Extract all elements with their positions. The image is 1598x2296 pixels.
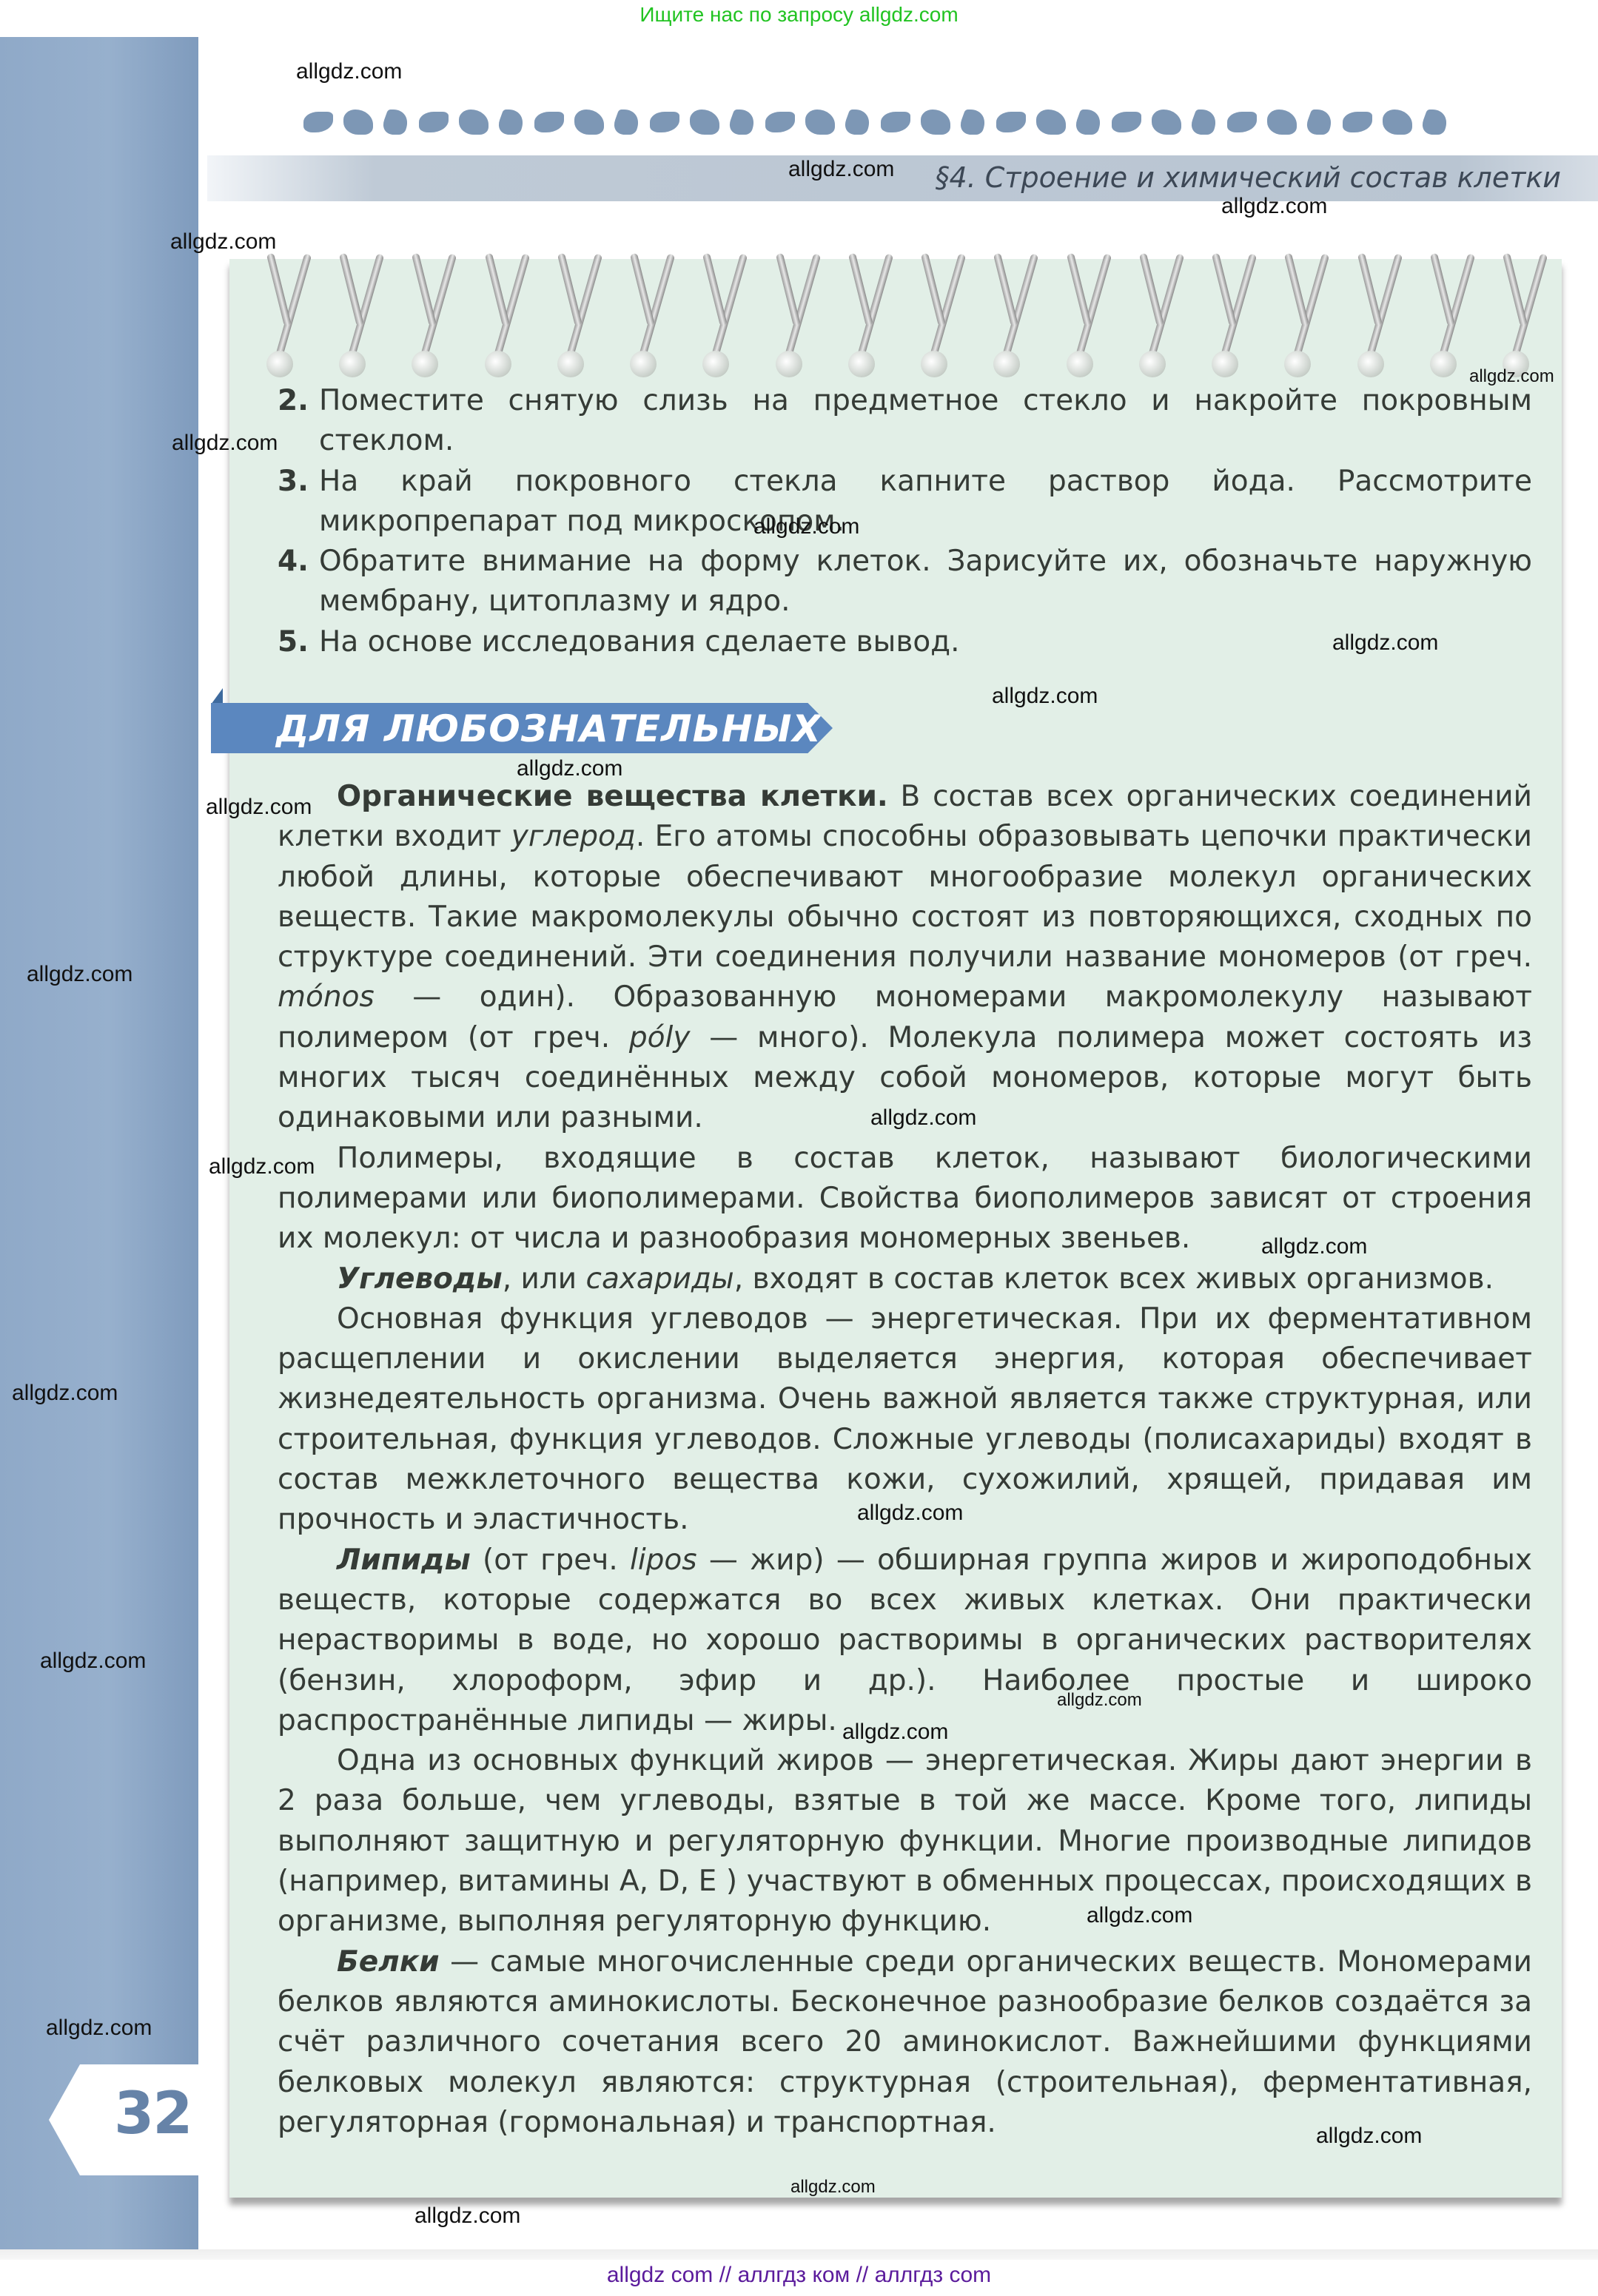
paragraph-proteins: Белки — самые многочисленные среди орган… [278,1942,1532,2143]
spiral-ring [477,244,529,377]
animal-icon [459,110,489,135]
watermark: allgdz.com [788,157,894,182]
watermark: allgdz.com [753,514,859,539]
term: Липиды [337,1543,471,1577]
step-text: Поместите снятую слизь на предметное сте… [319,381,1532,462]
animal-icon [725,110,759,135]
watermark: allgdz.com [1332,630,1438,656]
step-text: Обратите внимание на форму клеток. Зарис… [319,542,1532,622]
animal-icon [1303,110,1337,135]
animal-icon [1036,110,1066,135]
watermark: allgdz.com [27,962,132,987]
footer-links: allgdz com // аллгдз ком // аллгдз com [0,2263,1598,2288]
term: углерод [511,820,636,853]
spiral-ring [1204,244,1256,377]
animal-icon [343,110,373,135]
paragraph-organic: Органические вещества клетки. В состав в… [278,777,1532,1139]
watermark: allgdz.com [870,1105,976,1131]
step-item: 3.На край покровного стекла капните раст… [278,462,1532,542]
greek-term: mónos [278,980,375,1014]
watermark: allgdz.com [1057,1690,1142,1711]
step-number: 5. [278,622,319,662]
animal-icon [379,110,413,135]
animal-icon [1418,110,1452,135]
paragraph-fat-functions: Одна из основных функций жиров — энергет… [278,1741,1532,1942]
step-item: 4.Обратите внимание на форму клеток. Зар… [278,542,1532,622]
spiral-ring [1132,244,1184,377]
watermark: allgdz.com [414,2204,520,2229]
page-bottom-edge [0,2249,1598,2260]
animal-icon [534,112,564,132]
animal-icon [921,110,950,135]
watermark: allgdz.com [12,1381,118,1406]
watermark: allgdz.com [857,1501,963,1526]
top-promo-note: Ищите нас по запросу allgdz.com [0,3,1598,27]
animal-icon [996,112,1026,132]
spiral-ring [695,244,747,377]
chapter-title: §4. Строение и химический состав клетки [935,161,1561,194]
step-number: 4. [278,542,319,622]
animal-icon [956,110,990,135]
paragraph-carbohydrates: Углеводы, или сахариды, входят в состав … [278,1259,1532,1299]
greek-term: lipos [630,1543,697,1577]
animal-icon [1152,110,1181,135]
term: сахариды [586,1262,734,1296]
watermark: allgdz.com [46,2016,152,2041]
page-number-badge: 32 [49,2064,204,2175]
step-number: 3. [278,462,319,542]
animal-icon [1383,110,1412,135]
watermark: allgdz.com [296,59,402,84]
spiral-ring [986,244,1038,377]
paragraph-lipids: Липиды (от греч. lipos — жир) — обширная… [278,1541,1532,1741]
procedure-steps: 2.Поместите снятую слизь на предметное с… [278,381,1532,662]
spiral-ring [1059,244,1111,377]
watermark: allgdz.com [790,2177,876,2198]
notebook-spiral-rings [244,244,1562,377]
spiral-ring [841,244,893,377]
text: , входят в состав клеток всех живых орга… [734,1262,1494,1296]
article-body: Органические вещества клетки. В состав в… [278,777,1532,2143]
step-item: 2.Поместите снятую слизь на предметное с… [278,381,1532,462]
spiral-ring [1277,244,1329,377]
animal-icon [1072,110,1106,135]
spiral-ring [913,244,965,377]
animal-icon [574,110,604,135]
animal-icon [1187,110,1221,135]
animal-icon [841,110,875,135]
animal-icon [494,110,528,135]
term: Углеводы [337,1262,503,1296]
animal-icon [1343,112,1372,132]
text: — самые многочисленные среди органически… [278,1945,1532,2139]
step-text: На край покровного стекла капните раство… [319,462,1532,542]
step-number: 2. [278,381,319,462]
chapter-header-band: §4. Строение и химический состав клетки [207,155,1598,201]
spiral-ring [768,244,820,377]
text: (от греч. [471,1543,630,1577]
watermark: allgdz.com [1221,194,1327,219]
spiral-ring [1495,244,1547,377]
animal-icon [610,110,644,135]
watermark: allgdz.com [1261,1234,1367,1259]
watermark: allgdz.com [517,756,622,781]
greek-term: póly [629,1021,691,1054]
section-banner: ДЛЯ ЛЮБОЗНАТЕЛЬНЫХ [211,703,833,753]
section-banner-label: ДЛЯ ЛЮБОЗНАТЕЛЬНЫХ [276,707,822,750]
text: , или [503,1262,586,1296]
animal-icon [303,112,333,132]
watermark: allgdz.com [40,1649,146,1674]
animal-icon [1227,112,1257,132]
animal-icon [419,112,449,132]
banner-fold [211,688,223,704]
watermark: allgdz.com [1316,2124,1422,2149]
page-margin-sidebar [0,37,198,2249]
paragraph-heading: Органические вещества клетки. [337,780,888,813]
spiral-ring [1350,244,1402,377]
animal-silhouettes-decoration [303,104,1598,141]
watermark: allgdz.com [209,1154,315,1179]
animal-icon [690,110,719,135]
animal-icon [1112,112,1141,132]
spiral-ring [259,244,311,377]
watermark: allgdz.com [992,684,1098,709]
watermark: allgdz.com [170,229,276,255]
watermark: allgdz.com [842,1720,948,1745]
animal-icon [765,112,795,132]
watermark: allgdz.com [172,431,278,456]
animal-icon [1267,110,1297,135]
watermark: allgdz.com [1469,366,1554,387]
watermark: allgdz.com [206,795,312,820]
spiral-ring [622,244,674,377]
spiral-ring [332,244,383,377]
spiral-ring [1423,244,1474,377]
page-number: 32 [114,2081,192,2147]
watermark: allgdz.com [1087,1903,1192,1928]
animal-icon [650,112,679,132]
animal-icon [805,110,835,135]
animal-icon [881,112,910,132]
term: Белки [337,1945,440,1979]
spiral-ring [404,244,456,377]
spiral-ring [550,244,602,377]
